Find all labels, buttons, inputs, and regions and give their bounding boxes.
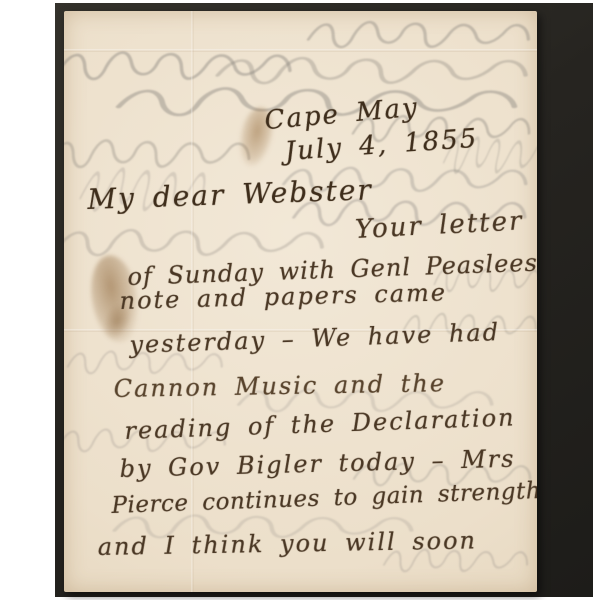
letter-photograph: Cape May July 4, 1855 My dear Webster Yo… bbox=[0, 0, 600, 600]
handwriting-line: Cannon Music and the bbox=[114, 369, 447, 403]
letter-page: Cape May July 4, 1855 My dear Webster Yo… bbox=[64, 11, 537, 592]
fold-crease-horizontal-top bbox=[64, 49, 537, 52]
photo-mat: Cape May July 4, 1855 My dear Webster Yo… bbox=[55, 3, 593, 597]
